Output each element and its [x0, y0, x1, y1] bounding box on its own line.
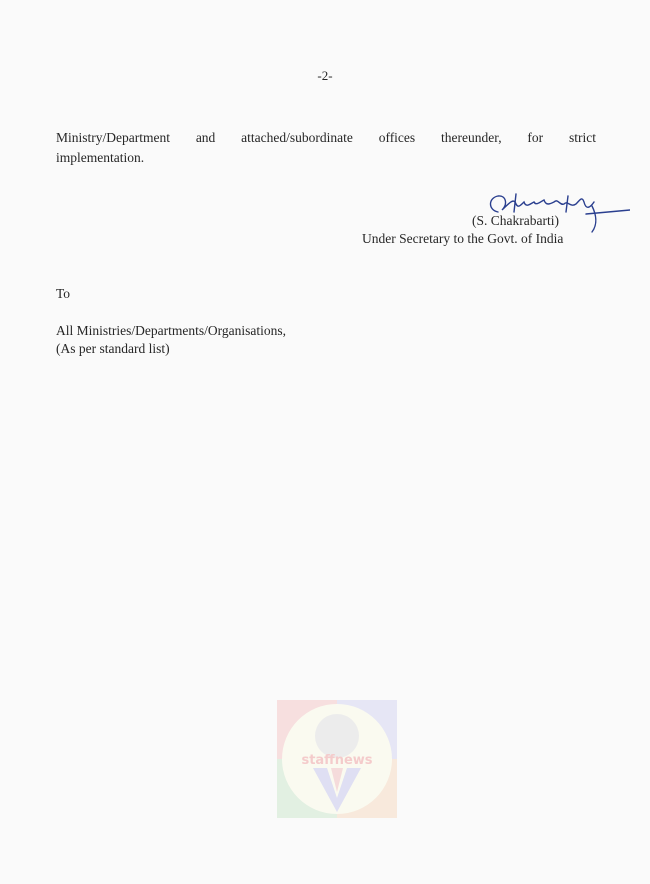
- word: attached/subordinate: [241, 128, 353, 148]
- word: and: [196, 128, 216, 148]
- to-label: To: [56, 286, 70, 302]
- word: strict: [569, 128, 596, 148]
- addressee-list: All Ministries/Departments/Organisations…: [56, 322, 286, 358]
- word: offices: [379, 128, 416, 148]
- page-number: -2-: [0, 68, 650, 84]
- word: thereunder,: [441, 128, 502, 148]
- svg-text:staffnews: staffnews: [301, 753, 372, 768]
- body-paragraph: Ministry/Department and attached/subordi…: [56, 128, 596, 168]
- document-page: -2- Ministry/Department and attached/sub…: [0, 0, 650, 884]
- signatory-name: (S. Chakrabarti): [472, 213, 559, 229]
- word: Ministry/Department: [56, 128, 170, 148]
- signatory-designation: Under Secretary to the Govt. of India: [362, 231, 563, 247]
- paragraph-line-1: Ministry/Department and attached/subordi…: [56, 128, 596, 148]
- word: for: [527, 128, 543, 148]
- staffnews-watermark-icon: staffnews: [277, 700, 397, 818]
- paragraph-line-2: implementation.: [56, 148, 596, 168]
- addressee-line: All Ministries/Departments/Organisations…: [56, 322, 286, 340]
- addressee-line: (As per standard list): [56, 340, 286, 358]
